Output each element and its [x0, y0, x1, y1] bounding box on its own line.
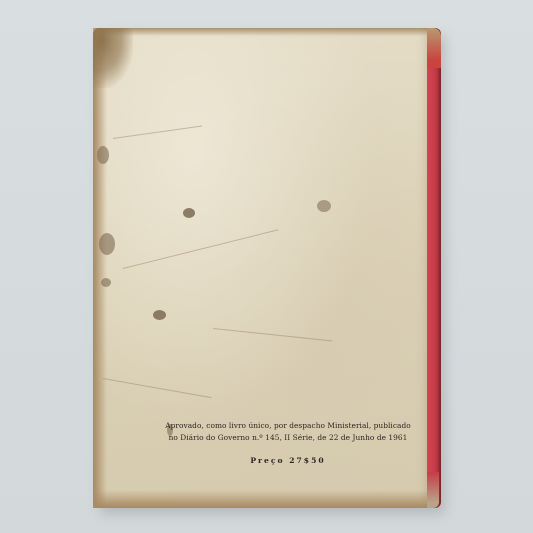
stain-spot	[101, 278, 111, 287]
stain-spot	[153, 310, 166, 320]
bottom-edge-wear	[93, 490, 427, 508]
stain-spot	[99, 233, 115, 255]
top-left-corner-stain	[93, 28, 133, 88]
top-edge-wear	[93, 28, 427, 36]
stain-spot	[183, 208, 195, 218]
paper-crease	[213, 328, 332, 342]
paper-crease	[113, 125, 202, 139]
book: Aprovado, como livro único, por despacho…	[93, 28, 441, 508]
stain-spot	[317, 200, 331, 212]
photo-scene: Aprovado, como livro único, por despacho…	[0, 0, 533, 533]
stain-spot	[97, 146, 109, 164]
approval-line-1: Aprovado, como livro único, por despacho…	[153, 420, 423, 432]
approval-line-2: no Diário do Governo n.º 145, II Série, …	[153, 432, 423, 444]
back-cover: Aprovado, como livro único, por despacho…	[93, 28, 427, 508]
paper-crease	[103, 378, 212, 398]
price-value: 27$50	[289, 456, 325, 465]
price-label: Preço	[250, 456, 284, 465]
left-edge-wear	[93, 28, 107, 508]
paper-crease	[123, 229, 278, 269]
imprint-text-block: Aprovado, como livro único, por despacho…	[153, 420, 423, 465]
price: Preço 27$50	[153, 456, 423, 465]
